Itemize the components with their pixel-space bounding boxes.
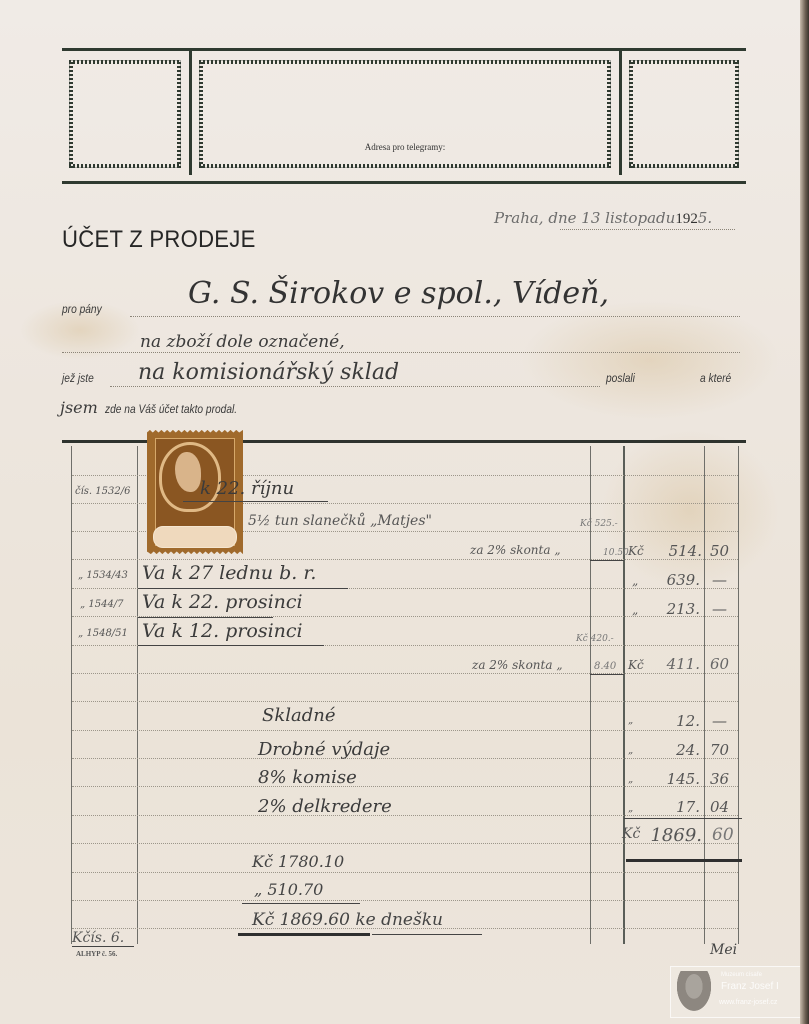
jez-jste-label: jež jste: [62, 371, 94, 385]
portrait-icon: [674, 971, 714, 1015]
form-number-underline: [72, 946, 134, 947]
ruled-row: [72, 900, 738, 901]
document-title: ÚČET Z PRODEJE: [62, 226, 256, 254]
a-ktere-label: a které: [700, 371, 731, 385]
ruled-row: [72, 559, 738, 560]
frame-divider: [189, 51, 192, 175]
place-label: Praha, dne: [494, 209, 577, 227]
stamp-portrait-icon: [175, 452, 201, 492]
amount-integer: 145.: [652, 770, 700, 788]
scan-edge: [800, 0, 809, 1024]
discount-label: za 2% skonta „: [470, 543, 561, 557]
jsem-written: jsem: [60, 398, 98, 417]
signature: Mei: [710, 942, 737, 958]
amount-decimal: —: [712, 571, 727, 589]
poslali-label: poslali: [606, 371, 635, 385]
total-double-rule: [626, 859, 742, 862]
year-printed: 192: [675, 211, 698, 227]
ruled-row: [72, 673, 738, 674]
entry-description: k 22. říjnu: [200, 478, 294, 499]
entry-description: Va k 12. prosinci: [142, 620, 303, 642]
year-written: 5.: [698, 209, 712, 227]
reconciliation-line: „ 510.70: [254, 880, 323, 899]
amount-integer: 514.: [668, 542, 702, 560]
ruled-row: [72, 872, 738, 873]
ruled-row: [72, 758, 738, 759]
discount-value: 8.40: [594, 661, 616, 672]
amount-integer: 411.: [660, 655, 700, 673]
entry-subdescription: 5½ tun slanečků „Matjes": [248, 513, 432, 529]
discount-label: za 2% skonta „: [472, 658, 563, 672]
amount-integer: 639.: [660, 571, 700, 589]
ruled-row: [72, 786, 738, 787]
amount-decimal: 36: [710, 770, 729, 788]
amount-integer: 24.: [660, 741, 700, 759]
watermark-url: www.franz-josef.cz: [719, 999, 777, 1006]
col-line: [704, 446, 705, 944]
entry-note-amount: Kč 525.-: [580, 519, 618, 529]
date-dotline: [560, 229, 735, 230]
charge-label: Drobné výdaje: [258, 739, 390, 760]
reconciliation-rule: [242, 903, 360, 904]
col-line: [71, 446, 72, 944]
ruled-row: [72, 730, 738, 731]
ruled-row: [72, 815, 738, 816]
museum-watermark: Muzeum císaře Franz Josef I www.franz-jo…: [670, 966, 801, 1018]
discount-value: 10.50: [603, 548, 629, 558]
entry-description: Va k 22. prosinci: [142, 591, 303, 613]
line2-dotline: [62, 352, 740, 353]
currency-mark: „: [628, 745, 633, 756]
currency-mark: „: [628, 803, 633, 814]
currency-mark: „: [632, 603, 638, 617]
amount-integer: 17.: [660, 798, 700, 816]
ruled-row: [72, 843, 738, 844]
goods-description: na zboží dole označené,: [140, 332, 345, 352]
charge-label: 2% delkredere: [258, 796, 392, 817]
total-currency: Kč: [622, 826, 640, 842]
entry-ref: „ 1534/43: [78, 570, 128, 581]
ruled-row: [72, 701, 738, 702]
entry-note-amount: Kč 420.-: [576, 634, 614, 644]
currency-mark: Kč: [628, 658, 644, 672]
stamp-label-cartouche: [153, 526, 237, 548]
left-frame: [64, 55, 186, 173]
entry-underline: [138, 588, 348, 589]
charge-label: Skladné: [262, 705, 336, 726]
frame-divider: [619, 51, 622, 175]
amount-decimal: —: [712, 712, 727, 730]
date-month: listopadu: [605, 209, 675, 227]
watermark-line1: Muzeum císaře: [721, 972, 762, 978]
amount-decimal: 50: [710, 542, 729, 560]
currency-mark: „: [628, 715, 633, 726]
reconciliation-line: Kč 1780.10: [252, 852, 344, 871]
entry-ref: „ 1548/51: [78, 628, 128, 639]
currency-mark: Kč: [628, 544, 644, 558]
col-line: [137, 446, 138, 944]
watermark-line2: Franz Josef I: [721, 981, 779, 992]
amount-integer: 213.: [660, 600, 700, 618]
telegram-address-label: Adresa pro telegramy:: [199, 142, 611, 152]
entry-ref: „ 1544/7: [80, 599, 124, 610]
entry-ref: čís. 1532/6: [75, 486, 130, 497]
total-integer: 1869.: [640, 825, 702, 846]
entry-underline: [183, 501, 328, 502]
right-frame: [624, 55, 744, 173]
form-number: Kčís. 6.: [72, 930, 124, 946]
sent-to-warehouse: na komisionářský sklad: [138, 360, 399, 385]
date-day: 13: [581, 209, 600, 227]
col-line: [738, 446, 739, 944]
charge-label: 8% komise: [258, 767, 357, 788]
currency-mark: „: [628, 774, 633, 785]
reconciliation-double-rule: [238, 933, 370, 936]
recipient-dotline: [130, 316, 740, 317]
reconciliation-total: Kč 1869.60 ke dnešku: [252, 910, 443, 930]
entry-description: Va k 27 lednu b. r.: [142, 562, 316, 584]
reconciliation-underline: [372, 934, 482, 935]
total-decimal: 60: [712, 825, 734, 845]
pro-pany-label: pro pány: [62, 302, 102, 316]
printer-mark: ALHYP č. 56.: [76, 950, 117, 958]
discount-underline: [590, 674, 624, 675]
center-frame: Adresa pro telegramy:: [194, 55, 616, 173]
entry-underline: [138, 645, 324, 646]
invoice-page: Adresa pro telegramy: Praha, dne 13 list…: [0, 0, 800, 1024]
amount-decimal: —: [712, 600, 727, 618]
currency-mark: „: [632, 574, 638, 588]
amount-decimal: 70: [710, 741, 729, 759]
amount-decimal: 04: [710, 798, 729, 816]
sold-text: zde na Váš účet takto prodal.: [105, 402, 237, 416]
recipient-name: G. S. Širokov e spol., Vídeň,: [188, 276, 609, 311]
paper-stain: [520, 300, 780, 420]
entry-underline: [138, 617, 273, 618]
letterhead-frames: Adresa pro telegramy:: [62, 48, 746, 184]
paper-stain: [600, 430, 780, 590]
discount-underline: [590, 560, 624, 561]
col-line: [623, 446, 625, 944]
sent-dotline: [110, 386, 600, 387]
place-date: Praha, dne 13 listopadu1925.: [494, 209, 712, 228]
subtotal-rule: [624, 818, 742, 819]
amount-integer: 12.: [660, 712, 700, 730]
amount-decimal: 60: [710, 655, 729, 673]
